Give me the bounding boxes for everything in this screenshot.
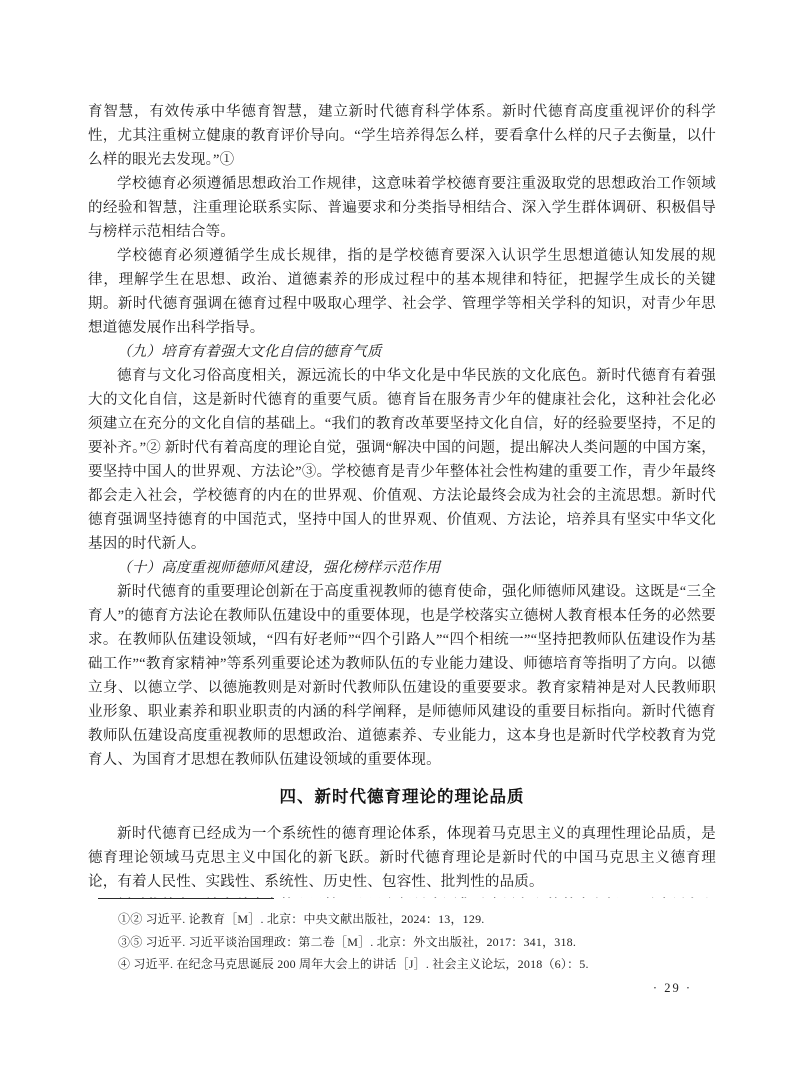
paragraph-cultural-confidence: 德育与文化习俗高度相关，源远流长的中华文化是中华民族的文化底色。新时代德育有着强… <box>88 364 716 556</box>
section-heading-theory-quality: 四、新时代德育理论的理论品质 <box>88 785 716 809</box>
footnote-2: ③⑤ 习近平. 习近平谈治国理政：第二卷［M］. 北京：外文出版社，2017：3… <box>88 931 716 954</box>
subheading-nine-cultural-confidence: （九）培育有着强大文化自信的德育气质 <box>88 340 716 364</box>
page-body: 育智慧，有效传承中华德育智慧，建立新时代德育科学体系。新时代德育高度重视评价的科… <box>88 100 716 898</box>
paragraph-theory-system: 新时代德育已经成为一个系统性的德育理论体系，体现着马克思主义的真理性理论品质，是… <box>88 822 716 894</box>
document-page: 育智慧，有效传承中华德育智慧，建立新时代德育科学体系。新时代德育高度重视评价的科… <box>0 0 800 1077</box>
paragraph-continuation: 育智慧，有效传承中华德育智慧，建立新时代德育科学体系。新时代德育高度重视评价的科… <box>88 100 716 172</box>
page-footer: ①② 习近平. 论教育［M］. 北京：中央文献出版社，2024：13，129. … <box>88 898 716 996</box>
paragraph-teacher-ethics: 新时代德育的重要理论创新在于高度重视教师的德育使命，强化师德师风建设。这既是“三… <box>88 580 716 772</box>
footnote-divider <box>98 898 274 899</box>
page-number: · 29 · <box>88 981 716 996</box>
paragraph-school-political-rules: 学校德育必须遵循思想政治工作规律，这意味着学校德育要注重汲取党的思想政治工作领域… <box>88 172 716 244</box>
footnote-1: ①② 习近平. 论教育［M］. 北京：中央文献出版社，2024：13，129. <box>88 908 716 931</box>
paragraph-student-growth-rules: 学校德育必须遵循学生成长规律，指的是学校德育要深入认识学生思想道德认知发展的规律… <box>88 244 716 340</box>
subheading-ten-teacher-ethics: （十）高度重视师德师风建设，强化榜样示范作用 <box>88 556 716 580</box>
footnote-3: ④ 习近平. 在纪念马克思诞辰 200 周年大会上的讲话［J］. 社会主义论坛，… <box>88 953 716 976</box>
